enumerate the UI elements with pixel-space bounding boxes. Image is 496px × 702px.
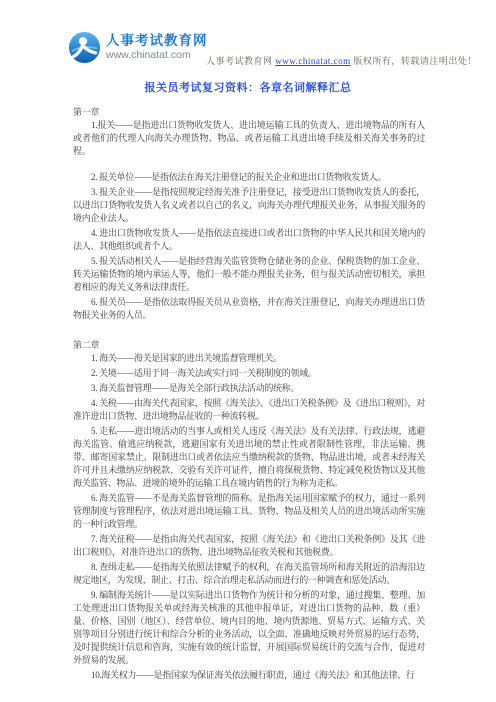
definition-paragraph: 3. 报关企业——是指按照规定经海关准予注册登记，接受进出口货物收发货人的委托，… <box>73 186 425 225</box>
definition-paragraph: 1.报关——是指进出口货物收发货人、进出境运输工具的负责人、进出境物品的所有人或… <box>73 119 425 158</box>
definition-paragraph: 2. 报关单位——是指依法在海关注册登记的报关企业和进出口货物收发货人。 <box>73 171 425 184</box>
definition-paragraph: 5. 报关活动相关人——是指经营海关监管货物仓储业务的企业、保税货物的加工企业、… <box>73 255 425 294</box>
logo-site-name: 人事考试教育网 <box>106 34 208 48</box>
definition-paragraph: 4. 进出口货物收发货人——是指依法直接进口或者出口货物的中华人民共和国关境内的… <box>73 227 425 253</box>
copyright-line: 人事考试教育网 www.chinatat.com 版权所有，转载请注明出处！ <box>206 54 477 67</box>
definition-paragraph: 5. 走私——进出境活动的当事人或相关人违反《海关法》及有关法律、行政法规，逃避… <box>73 425 425 490</box>
person-in-circle-logo-icon <box>68 31 101 64</box>
definition-paragraph: 2. 关境——适用于同一海关法或实行同一关税制度的领域。 <box>73 367 425 380</box>
copyright-prefix: 人事考试教育网 <box>206 56 275 66</box>
logo-text: 人事考试教育网 www.chinatat.com <box>106 34 208 61</box>
definition-paragraph: 7. 海关征税——是指由海关代表国家，按照《海关法》和《进出口关税条例》及其《进… <box>73 533 425 559</box>
definition-paragraph: 3. 海关监督管理——是海关全部行政执法活动的统称。 <box>73 382 425 395</box>
copyright-site-link[interactable]: www.chinatat.com <box>275 56 350 66</box>
logo-site-url: www.chinatat.com <box>106 50 208 61</box>
page-header: 人事考试教育网 www.chinatat.com 人事考试教育网 www.chi… <box>0 0 496 76</box>
page-title: 报关员考试复习资料：各章名词解释汇总 <box>0 79 496 95</box>
definition-paragraph: 1. 海关——海关是国家的进出关境监督管理机关。 <box>73 352 425 365</box>
definition-paragraph: 9. 编制海关统计——是以实际进出口货物作为统计和分析的对象，通过搜集、整理、加… <box>73 589 425 667</box>
chapter-heading: 第一章 <box>73 106 425 119</box>
copyright-suffix: 版权所有，转载请注明出处！ <box>351 56 477 66</box>
definition-paragraph: 4. 关税——由海关代表国家，按照《海关法》、《进出口关税条例》及《进出口税则》… <box>73 397 425 423</box>
definition-paragraph: 8. 查缉走私——是指海关依照法律赋予的权利，在海关监管场所和海关附近的沿海沿边… <box>73 561 425 587</box>
page: 人事考试教育网 www.chinatat.com 人事考试教育网 www.chi… <box>0 0 496 702</box>
definition-paragraph: 6. 海关监管——不是海关监督管理的简称。是指海关运用国家赋予的权力，通过一系列… <box>73 492 425 531</box>
chapter-heading: 第二章 <box>73 339 425 352</box>
definition-paragraph: 10.海关权力——是指国家为保证海关依法履行职责，通过《海关法》和其他法律、行 <box>73 669 425 682</box>
site-logo[interactable]: 人事考试教育网 www.chinatat.com <box>68 31 208 64</box>
definition-paragraph: 6. 报关员——是指依法取得报关员从业资格，并在海关注册登记，向海关办理进出口货… <box>73 296 425 322</box>
document-body: 第一章1.报关——是指进出口货物收发货人、进出境运输工具的负责人、进出境物品的所… <box>73 106 425 684</box>
